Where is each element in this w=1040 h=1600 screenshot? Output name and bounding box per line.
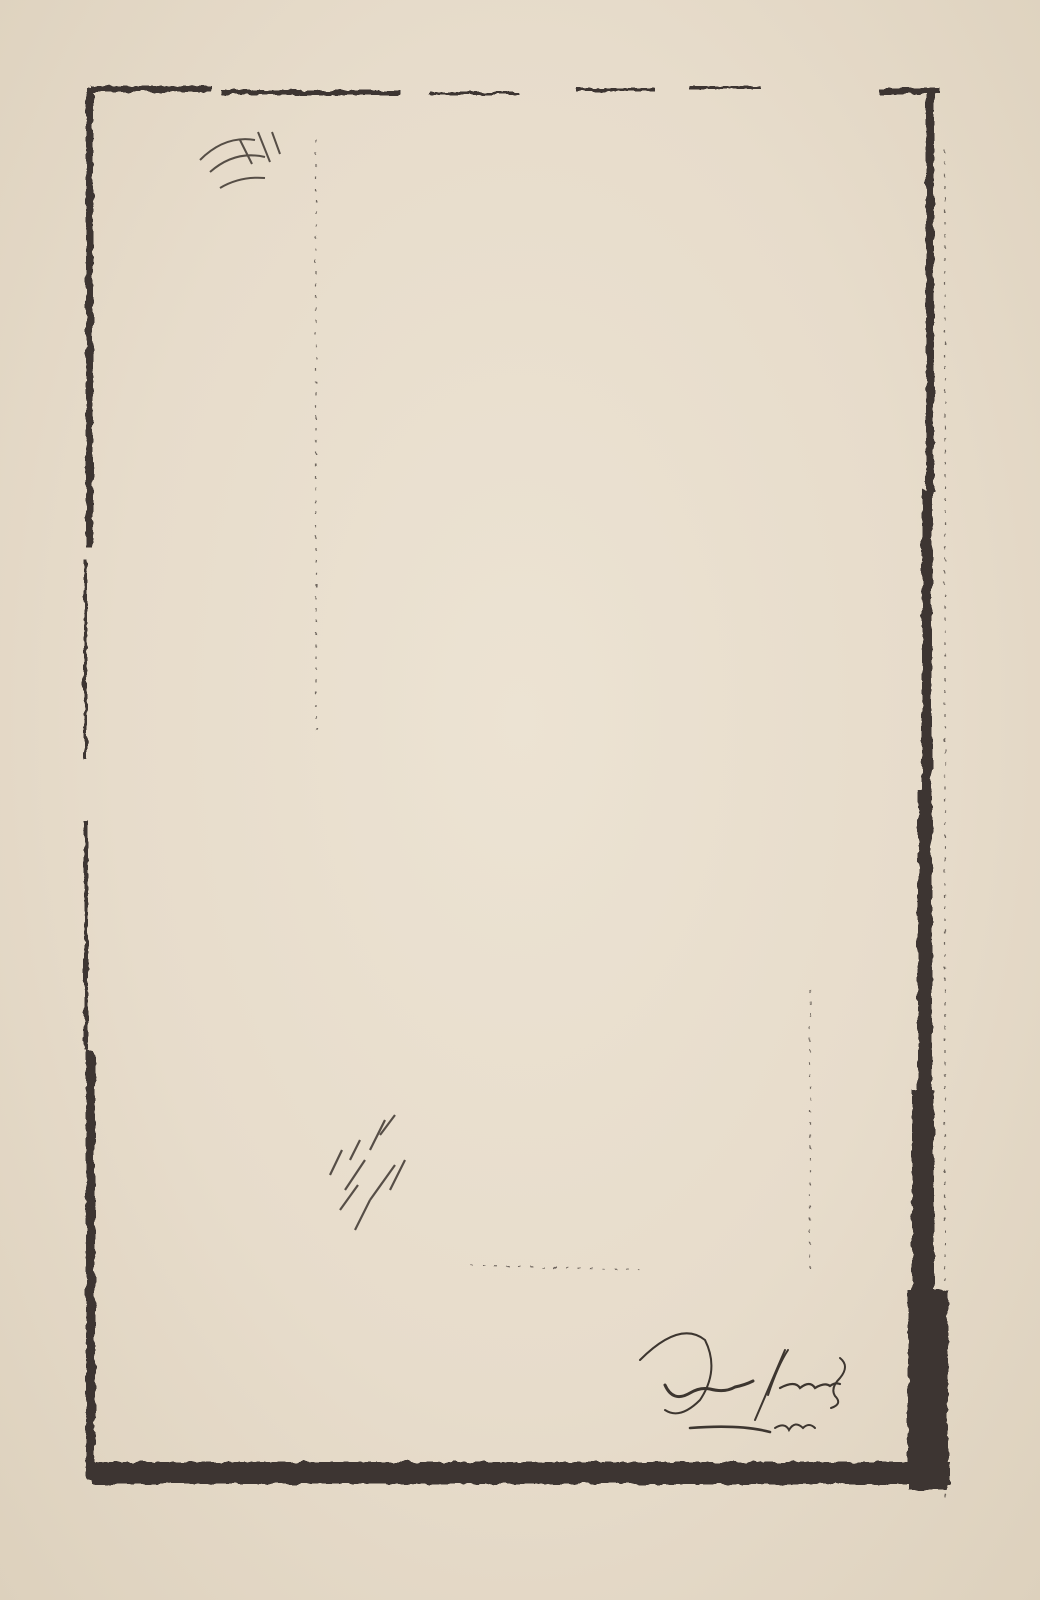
- fingerprint-smudge-bottom: [330, 1115, 405, 1230]
- ink-border: [0, 0, 1040, 1600]
- signature-line-1: Rembrandt Harmensz: [0, 0, 1, 1]
- signature-strokes: [640, 1333, 845, 1432]
- paper-sheet: Rembrandt Harmensz van Rijn: [0, 0, 1040, 1600]
- fingerprint-smudge-top: [200, 132, 280, 188]
- signature-text: Rembrandt Harmensz van Rijn: [0, 0, 1, 1]
